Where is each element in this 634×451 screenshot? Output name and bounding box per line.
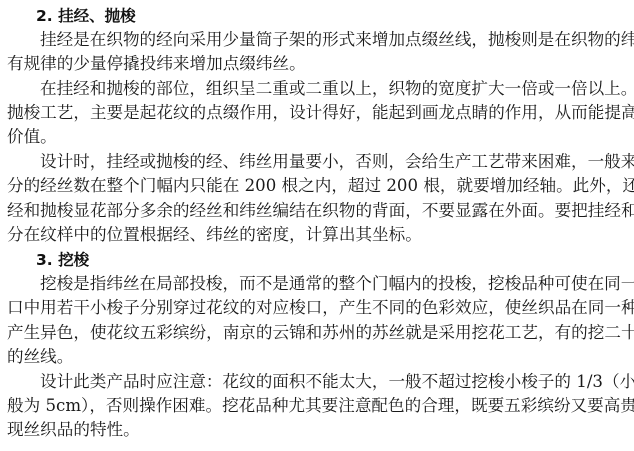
section-heading: 2. 挂经、抛梭 bbox=[36, 6, 136, 26]
paragraph-line: 的丝线。 bbox=[7, 347, 625, 367]
paragraph-line: 有规律的少量停撬投纬来增加点缀纬丝。 bbox=[7, 54, 625, 74]
paragraph-line: 般为 5cm），否则操作困难。挖花品种尤其要注意配色的合理，既要五彩缤纷又要高贵… bbox=[7, 396, 625, 416]
paragraph-line: 设计时，挂经或抛梭的经、纬丝用量要小，否则，会给生产工艺带来困难，一般来说，挂经… bbox=[40, 152, 625, 172]
paragraph-line: 产生异色，使花纹五彩缤纷，南京的云锦和苏州的苏丝就是采用挖花工艺，有的挖二十几种… bbox=[7, 323, 625, 343]
paragraph-line: 分的经丝数在整个门幅内只能在 200 根之内，超过 200 根，就要增加经轴。此… bbox=[7, 176, 625, 196]
paragraph-line: 分在纹样中的位置根据经、纬丝的密度，计算出其坐标。 bbox=[7, 225, 625, 245]
section-heading: 3. 挖梭 bbox=[36, 250, 89, 270]
paragraph-line: 设计此类产品时应注意：花纹的面积不能太大，一般不超过挖梭小梭子的 1/3（小梭子… bbox=[40, 372, 625, 392]
paragraph-line: 口中用若干小梭子分别穿过花纹的对应梭口，产生不同的色彩效应，使丝织品在同一种花形… bbox=[7, 298, 625, 318]
paragraph-line: 经和抛梭显花部分多余的经丝和纬丝编结在织物的背面，不要显露在外面。要把挂经和抛梭… bbox=[7, 201, 625, 221]
paragraph-line: 现丝织品的特性。 bbox=[7, 420, 625, 440]
paragraph-line: 价值。 bbox=[7, 127, 625, 147]
document-page: 2. 挂经、抛梭 挂经是在织物的经向采用少量筒子架的形式来增加点缀丝线，抛梭则是… bbox=[0, 0, 634, 451]
paragraph-line: 挖梭是指纬丝在局部投梭，而不是通常的整个门幅内的投梭，挖梭品种可使在同一纬的梭 bbox=[40, 274, 625, 294]
paragraph-line: 抛梭工艺，主要是起花纹的点缀作用，设计得好，能起到画龙点睛的作用，从而能提高织物… bbox=[7, 103, 625, 123]
paragraph-line: 在挂经和抛梭的部位，组织呈二重或二重以上，织物的宽度扩大一倍或一倍以上。挂经和 bbox=[40, 79, 625, 99]
paragraph-line: 挂经是在织物的经向采用少量筒子架的形式来增加点缀丝线，抛梭则是在织物的纬向利用 bbox=[40, 30, 625, 50]
